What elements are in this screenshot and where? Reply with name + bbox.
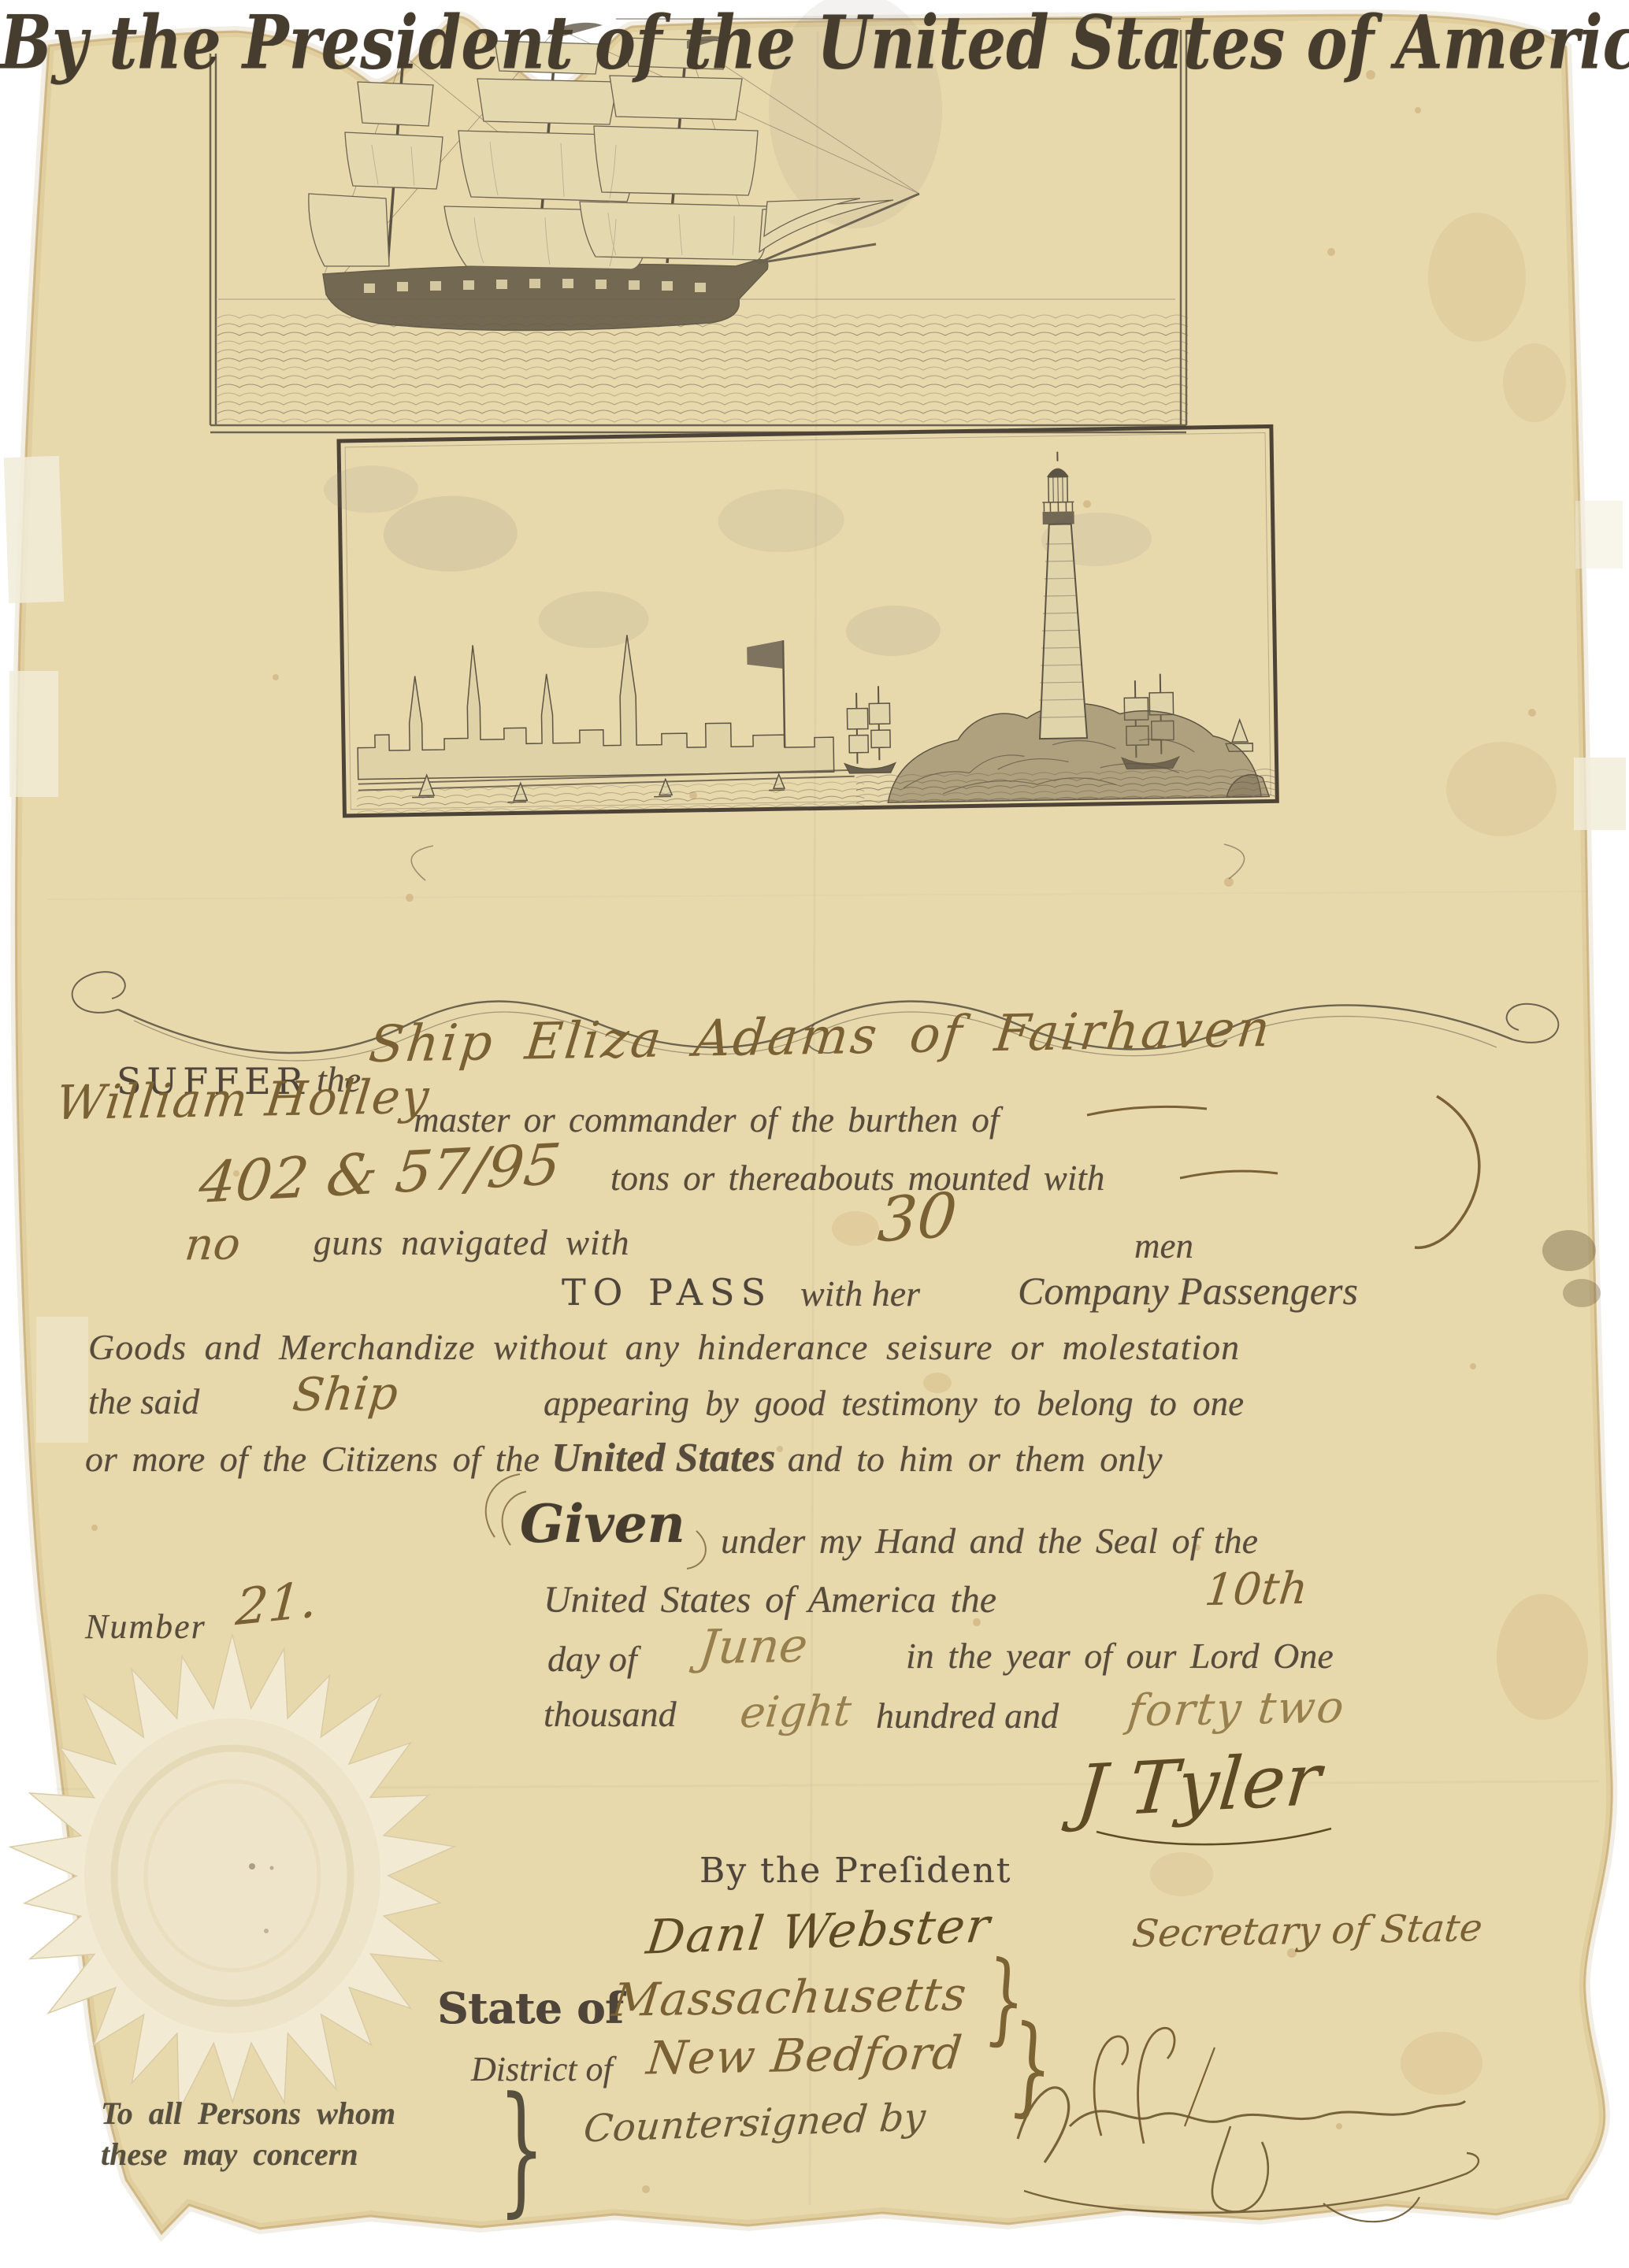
state-of-label: State of <box>437 1983 623 2033</box>
eight-manuscript: eight <box>738 1686 854 1737</box>
month-manuscript: June <box>696 1618 811 1675</box>
citizens-line-b: and to him or them only <box>788 1439 1163 1479</box>
by-the-president-words: By the Preſident <box>699 1851 1011 1891</box>
crew-count-manuscript: 30 <box>875 1180 959 1257</box>
master-name-manuscript: William Holley <box>54 1069 433 1131</box>
guns-line: guns navigated with <box>314 1222 629 1263</box>
president-signature: J Tyler <box>1073 1737 1324 1834</box>
number-value-manuscript: 21. <box>234 1571 319 1637</box>
year-words-manuscript: forty two <box>1125 1682 1348 1737</box>
citizens-united-states: United States <box>551 1436 776 1480</box>
hundred-and-label: hundred and <box>876 1695 1059 1736</box>
to-pass-words: TO PASS <box>562 1271 773 1314</box>
ships-passport-scan: By the President of the United States of… <box>0 0 1629 2268</box>
state-value-manuscript: Massachusetts <box>610 1967 970 2027</box>
day-of-label: day of <box>547 1638 637 1680</box>
thousand-label: thousand <box>544 1693 677 1735</box>
year-line-text: in the year of our Lord One <box>906 1636 1334 1676</box>
secretary-title-script: Secretary of State <box>1130 1906 1485 1956</box>
number-label: Number <box>85 1606 206 1647</box>
with-her-words: with her <box>800 1273 920 1314</box>
district-value-manuscript: New Bedford <box>644 2026 965 2085</box>
men-word: men <box>1134 1225 1193 1266</box>
citizens-line: or more of the Citizens of the United St… <box>85 1435 1163 1481</box>
year-line: in the year of our Lord One <box>906 1635 1334 1677</box>
tons-line: tons or thereabouts mounted with <box>610 1158 1104 1199</box>
company-passengers-words: Company Passengers <box>1018 1268 1358 1314</box>
address-brace: } <box>498 2067 544 2231</box>
address-line-1: To all Persons whom <box>101 2095 395 2132</box>
goods-line: Goods and Merchandize without any hinder… <box>88 1326 1240 1368</box>
us-line: United States of America the <box>544 1578 996 1621</box>
title-calligraphy: By the President of the United States of… <box>0 0 1629 86</box>
day-number-manuscript: 10th <box>1202 1563 1310 1616</box>
given-word: Given <box>520 1493 685 1555</box>
said-vessel-manuscript: Ship <box>290 1366 400 1421</box>
address-line-2: these may concern <box>101 2136 358 2173</box>
citizens-line-a: or more of the Citizens of the <box>85 1439 540 1479</box>
given-line: under my Hand and the Seal of the <box>721 1520 1258 1562</box>
the-said-words: the said <box>88 1381 199 1422</box>
appearing-line: appearing by good testimony to belong to… <box>544 1383 1244 1424</box>
guns-value-manuscript: no <box>183 1218 243 1270</box>
